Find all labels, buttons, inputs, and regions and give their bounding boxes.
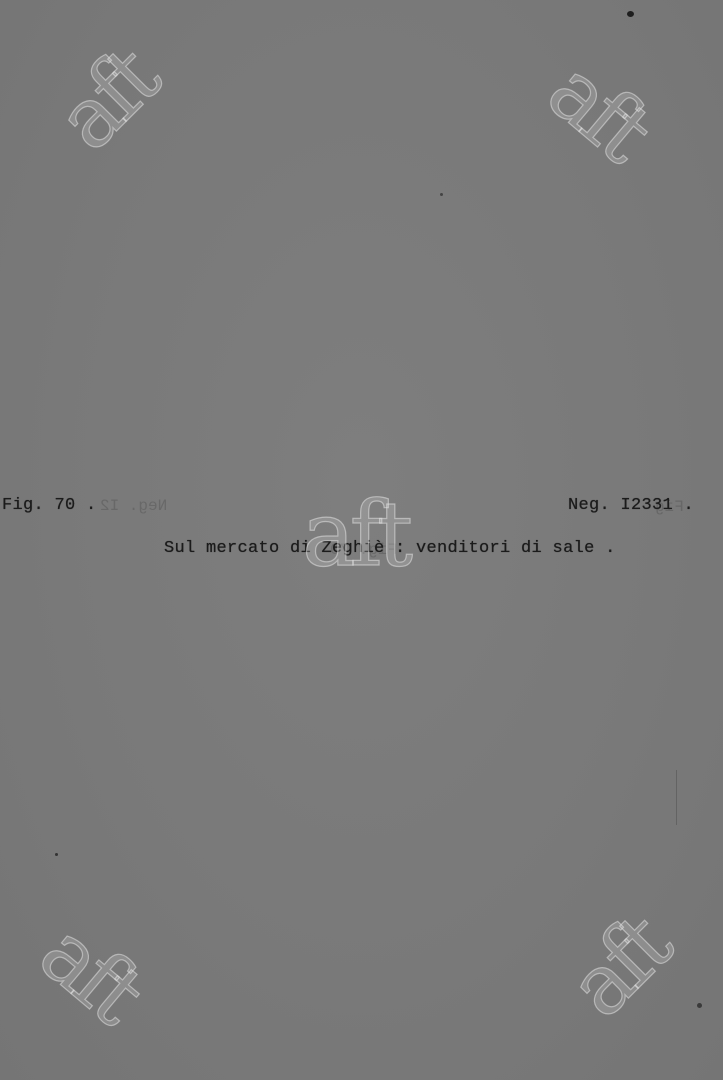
dust-speck xyxy=(440,193,443,196)
scanned-card: Neg. I2 Fig Fig. 70 Fig. 70 . Neg. I2331… xyxy=(0,0,723,1080)
dust-speck xyxy=(697,1003,702,1008)
watermark-logo-bottom-right: aft xyxy=(554,903,682,1031)
watermark-logo-center: aft xyxy=(302,490,407,580)
negative-number-label: Neg. I2331 . xyxy=(568,496,694,515)
figure-number-label: Fig. 70 . xyxy=(2,496,97,515)
watermark-logo-top-left: aft xyxy=(42,36,170,164)
scratch-mark xyxy=(676,770,677,825)
dust-speck xyxy=(627,11,634,17)
dust-speck xyxy=(55,853,58,856)
bleed-through-text-left: Neg. I2 xyxy=(100,497,167,515)
watermark-logo-top-right: aft xyxy=(534,47,662,174)
watermark-logo-bottom-left: aft xyxy=(26,909,154,1036)
